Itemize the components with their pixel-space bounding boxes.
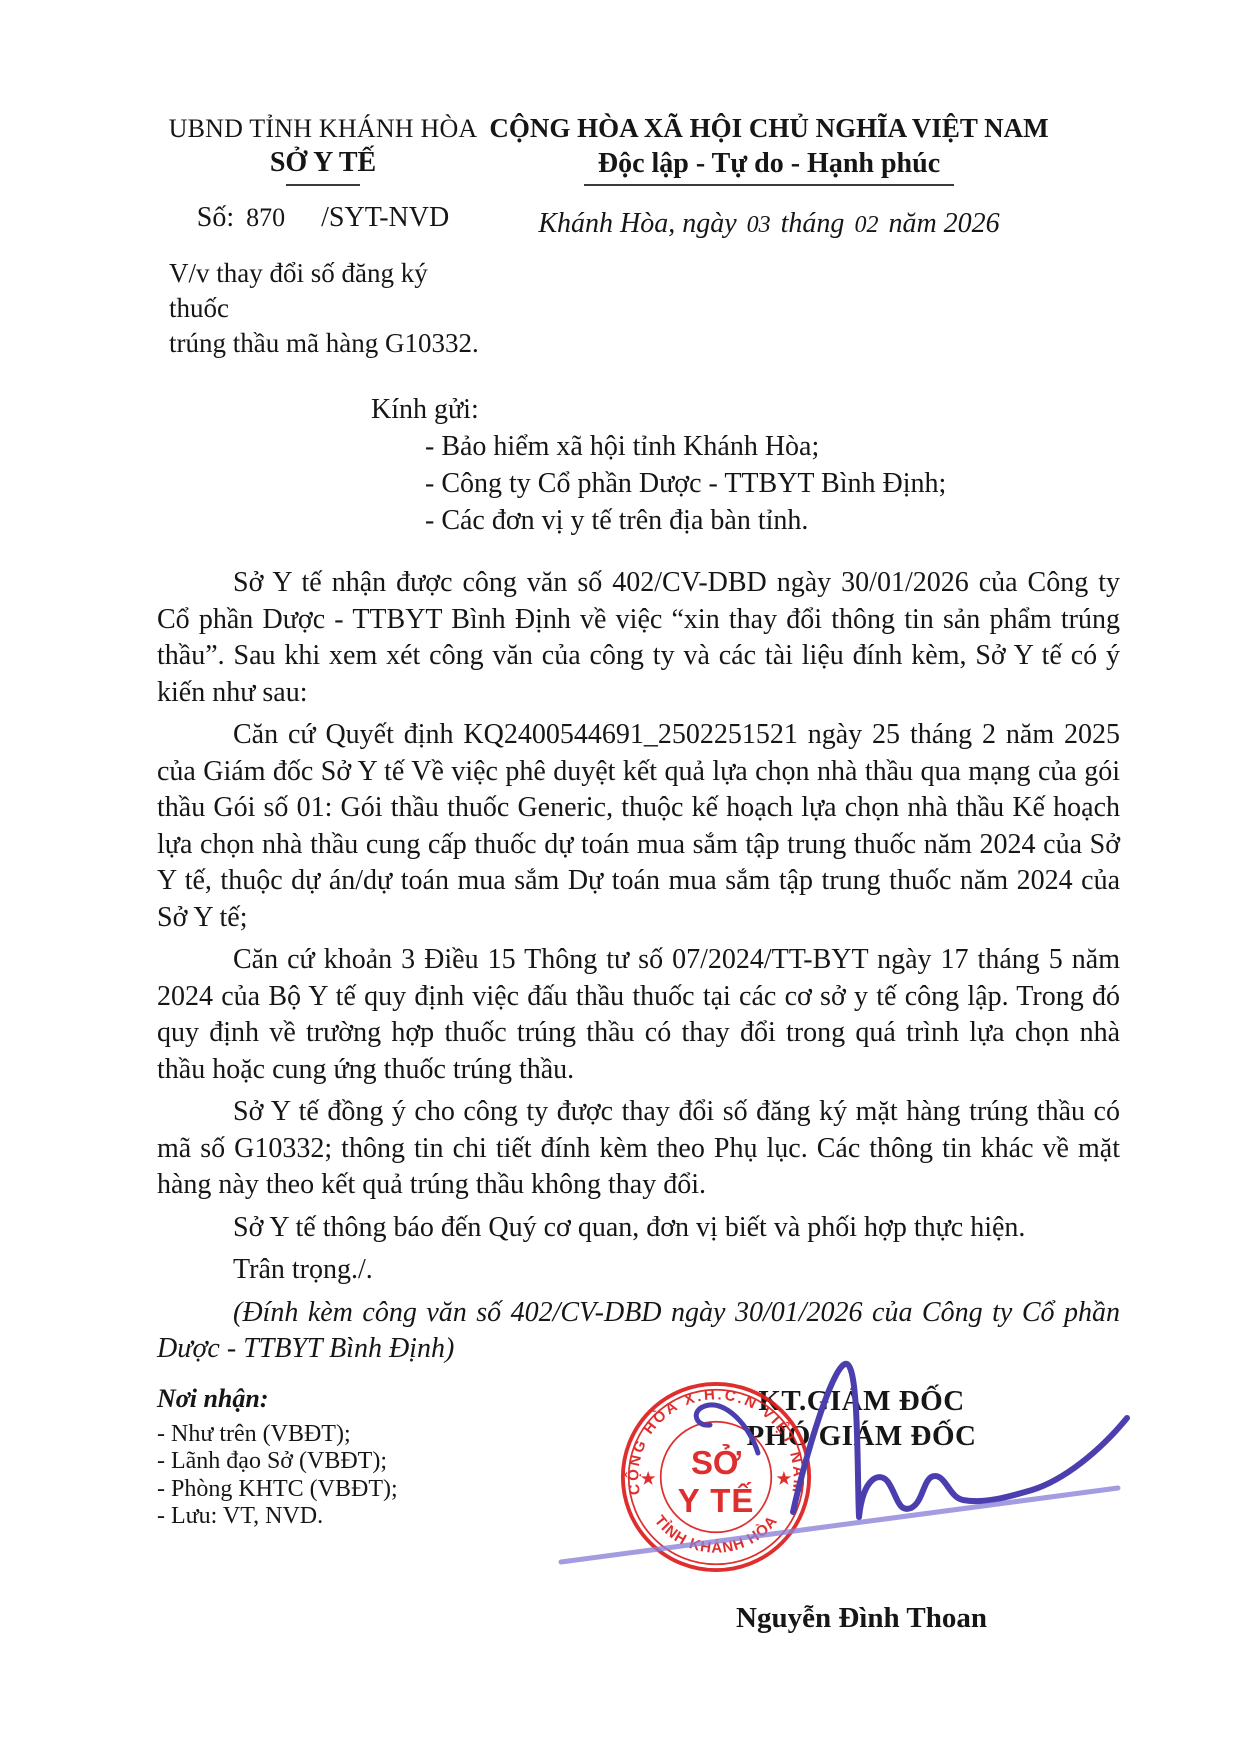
- place-date-line: Khánh Hòa, ngày03tháng02năm 2026: [489, 208, 1049, 240]
- recipients-label: Kính gửi:: [371, 391, 1120, 428]
- subject-line-2: trúng thầu mã hàng G10332.: [169, 326, 489, 361]
- issuer-underline: [286, 184, 360, 186]
- national-motto-wrap: Độc lập - Tự do - Hạnh phúc: [489, 148, 1049, 186]
- doc-number-label: Số:: [197, 202, 234, 233]
- document-footer: Nơi nhận: - Như trên (VBĐT); - Lãnh đạo …: [157, 1384, 1120, 1714]
- noi-nhan-item: - Lãnh đạo Sở (VBĐT);: [157, 1448, 557, 1476]
- recipient-item: - Bảo hiểm xã hội tỉnh Khánh Hòa;: [425, 428, 1120, 465]
- date-month: 02: [844, 212, 888, 238]
- document-number-line: Số:870/SYT-NVD: [157, 202, 489, 234]
- noi-nhan-item: - Lưu: VT, NVD.: [157, 1503, 557, 1531]
- document-page: UBND TỈNH KHÁNH HÒA SỞ Y TẾ Số:870/SYT-N…: [0, 0, 1241, 1754]
- body-paragraph: Căn cứ Quyết định KQ2400544691_250225152…: [157, 717, 1120, 936]
- date-year-label: năm 2026: [888, 208, 999, 239]
- issuing-authority: SỞ Y TẾ: [157, 145, 489, 181]
- document-content: UBND TỈNH KHÁNH HÒA SỞ Y TẾ Số:870/SYT-N…: [157, 112, 1120, 1714]
- signature-block: KT.GIÁM ĐỐC PHÓ GIÁM ĐỐC CỘNG HÒA X.H.C.…: [557, 1384, 1120, 1714]
- recipients-section: Kính gửi: - Bảo hiểm xã hội tỉnh Khánh H…: [157, 391, 1120, 539]
- signature-underline-stroke: [561, 1488, 1118, 1562]
- issuing-authority-parent: UBND TỈNH KHÁNH HÒA: [157, 112, 489, 145]
- subject-line-1: V/v thay đổi số đăng ký thuốc: [169, 256, 489, 326]
- handwritten-signature: [550, 1349, 1140, 1599]
- body-paragraph: Sở Y tế nhận được công văn số 402/CV-DBD…: [157, 565, 1120, 711]
- recipient-item: - Công ty Cổ phần Dược - TTBYT Bình Định…: [425, 465, 1120, 502]
- document-body: Sở Y tế nhận được công văn số 402/CV-DBD…: [157, 565, 1120, 1368]
- body-paragraph: Sở Y tế đồng ý cho công ty được thay đổi…: [157, 1094, 1120, 1204]
- body-paragraph: Căn cứ khoản 3 Điều 15 Thông tư số 07/20…: [157, 942, 1120, 1088]
- national-motto: Độc lập - Tự do - Hạnh phúc: [584, 148, 954, 186]
- issuer-block: UBND TỈNH KHÁNH HÒA SỞ Y TẾ Số:870/SYT-N…: [157, 112, 489, 361]
- national-block: CỘNG HÒA XÃ HỘI CHỦ NGHĨA VIỆT NAM Độc l…: [489, 112, 1049, 361]
- document-subject: V/v thay đổi số đăng ký thuốc trúng thầu…: [157, 256, 489, 361]
- doc-number-value: 870: [246, 203, 285, 232]
- date-month-label: tháng: [781, 208, 845, 239]
- signer-name: Nguyễn Đình Thoan: [557, 1602, 1120, 1635]
- noi-nhan-label: Nơi nhận:: [157, 1384, 557, 1414]
- body-paragraph: Sở Y tế thông báo đến Quý cơ quan, đơn v…: [157, 1210, 1120, 1247]
- document-header: UBND TỈNH KHÁNH HÒA SỞ Y TẾ Số:870/SYT-N…: [157, 112, 1120, 361]
- national-header: CỘNG HÒA XÃ HỘI CHỦ NGHĨA VIỆT NAM: [489, 112, 1049, 145]
- noi-nhan-item: - Như trên (VBĐT);: [157, 1421, 557, 1449]
- signature-stroke: [696, 1404, 758, 1452]
- noi-nhan-list: - Như trên (VBĐT); - Lãnh đạo Sở (VBĐT);…: [157, 1421, 557, 1531]
- closing-line: Trân trọng./.: [157, 1252, 1120, 1289]
- date-prefix: Khánh Hòa, ngày: [538, 208, 736, 239]
- date-day: 03: [737, 212, 781, 238]
- doc-number-symbol: /SYT-NVD: [321, 202, 449, 233]
- recipients-list: - Bảo hiểm xã hội tỉnh Khánh Hòa; - Công…: [425, 428, 1120, 539]
- noi-nhan-block: Nơi nhận: - Như trên (VBĐT); - Lãnh đạo …: [157, 1384, 557, 1714]
- noi-nhan-item: - Phòng KHTC (VBĐT);: [157, 1476, 557, 1504]
- recipient-item: - Các đơn vị y tế trên địa bàn tỉnh.: [425, 502, 1120, 539]
